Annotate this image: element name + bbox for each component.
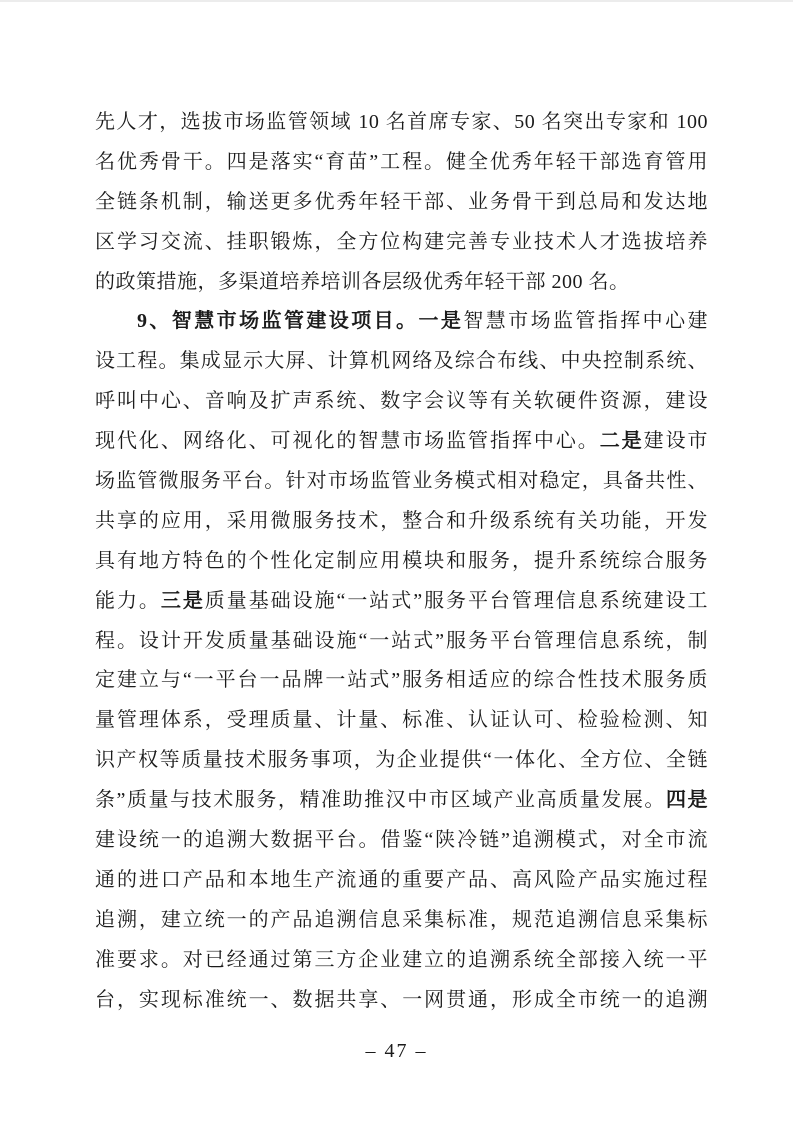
text-line: 设工程。集成显示大屏、计算机网络及综合布线、中央控制系统、: [95, 342, 708, 382]
text-line: 共享的应用，采用微服务技术，整合和升级系统有关功能，开发: [95, 502, 708, 542]
text-run: 通的进口产品和本地生产流通的重要产品、高风险产品实施过程: [95, 869, 708, 891]
text-run: 共享的应用，采用微服务技术，整合和升级系统有关功能，开发: [95, 510, 708, 532]
text-line: 呼叫中心、音响及扩声系统、数字会议等有关软硬件资源，建设: [95, 382, 708, 422]
bold-text-run: 9、智慧市场监管建设项目。一是: [137, 310, 463, 332]
text-line: 9、智慧市场监管建设项目。一是智慧市场监管指挥中心建: [95, 302, 708, 342]
text-line: 量管理体系，受理质量、计量、标准、认证认可、检验检测、知: [95, 701, 708, 741]
text-run: 名优秀骨干。四是落实“育苗”工程。健全优秀年轻干部选育管用: [95, 151, 708, 173]
bold-text-run: 四是: [666, 789, 708, 811]
text-line: 台，实现标准统一、数据共享、一网贯通，形成全市统一的追溯: [95, 981, 708, 1021]
text-run: 追溯，建立统一的产品追溯信息采集标准，规范追溯信息采集标: [95, 909, 708, 931]
text-line: 准要求。对已经通过第三方企业建立的追溯系统全部接入统一平: [95, 941, 708, 981]
text-run: 区学习交流、挂职锻炼，全方位构建完善专业技术人才选拔培养: [95, 231, 708, 253]
text-run: 现代化、网络化、可视化的智慧市场监管指挥中心。: [95, 430, 600, 452]
document-page: 先人才，选拔市场监管领域 10 名首席专家、50 名突出专家和 100名优秀骨干…: [0, 0, 793, 1122]
text-line: 现代化、网络化、可视化的智慧市场监管指挥中心。二是建设市: [95, 422, 708, 462]
text-line: 全链条机制，输送更多优秀年轻干部、业务骨干到总局和发达地: [95, 183, 708, 223]
text-run: 识产权等质量技术服务事项，为企业提供“一体化、全方位、全链: [95, 749, 708, 771]
text-run: 全链条机制，输送更多优秀年轻干部、业务骨干到总局和发达地: [95, 191, 708, 213]
text-run: 具有地方特色的个性化定制应用模块和服务，提升系统综合服务: [95, 550, 708, 572]
body-text: 先人才，选拔市场监管领域 10 名首席专家、50 名突出专家和 100名优秀骨干…: [95, 103, 708, 1020]
text-line: 能力。三是质量基础设施“一站式”服务平台管理信息系统建设工: [95, 582, 708, 622]
text-line: 区学习交流、挂职锻炼，全方位构建完善专业技术人才选拔培养: [95, 223, 708, 263]
text-run: 呼叫中心、音响及扩声系统、数字会议等有关软硬件资源，建设: [95, 390, 708, 412]
text-run: 程。设计开发质量基础设施“一站式”服务平台管理信息系统，制: [95, 630, 708, 652]
text-line: 名优秀骨干。四是落实“育苗”工程。健全优秀年轻干部选育管用: [95, 143, 708, 183]
text-run: 定建立与“一平台一品牌一站式”服务相适应的综合性技术服务质: [95, 669, 708, 691]
page-number: – 47 –: [366, 1040, 428, 1062]
text-line: 程。设计开发质量基础设施“一站式”服务平台管理信息系统，制: [95, 622, 708, 662]
text-line: 条”质量与技术服务，精准助推汉中市区域产业高质量发展。四是: [95, 781, 708, 821]
text-line: 场监管微服务平台。针对市场监管业务模式相对稳定，具备共性、: [95, 462, 708, 502]
text-line: 通的进口产品和本地生产流通的重要产品、高风险产品实施过程: [95, 861, 708, 901]
text-line: 先人才，选拔市场监管领域 10 名首席专家、50 名突出专家和 100: [95, 103, 708, 143]
text-run: 建设市: [644, 430, 708, 452]
bold-text-run: 三是: [161, 590, 205, 612]
text-run: 智慧市场监管指挥中心建: [463, 310, 708, 332]
text-line: 建设统一的追溯大数据平台。借鉴“陕冷链”追溯模式，对全市流: [95, 821, 708, 861]
text-line: 识产权等质量技术服务事项，为企业提供“一体化、全方位、全链: [95, 741, 708, 781]
text-line: 的政策措施，多渠道培养培训各层级优秀年轻干部 200 名。: [95, 263, 708, 303]
text-run: 能力。: [95, 590, 161, 612]
text-run: 场监管微服务平台。针对市场监管业务模式相对稳定，具备共性、: [95, 470, 708, 492]
text-run: 条”质量与技术服务，精准助推汉中市区域产业高质量发展。: [95, 789, 666, 811]
text-run: 质量基础设施“一站式”服务平台管理信息系统建设工: [205, 590, 708, 612]
text-run: 准要求。对已经通过第三方企业建立的追溯系统全部接入统一平: [95, 949, 708, 971]
text-line: 定建立与“一平台一品牌一站式”服务相适应的综合性技术服务质: [95, 661, 708, 701]
text-run: 设工程。集成显示大屏、计算机网络及综合布线、中央控制系统、: [95, 350, 708, 372]
text-run: 的政策措施，多渠道培养培训各层级优秀年轻干部 200 名。: [95, 271, 630, 293]
text-run: 建设统一的追溯大数据平台。借鉴“陕冷链”追溯模式，对全市流: [95, 829, 708, 851]
text-run: 量管理体系，受理质量、计量、标准、认证认可、检验检测、知: [95, 709, 708, 731]
page-footer: – 47 –: [0, 1040, 793, 1063]
text-run: 台，实现标准统一、数据共享、一网贯通，形成全市统一的追溯: [95, 989, 708, 1011]
text-line: 追溯，建立统一的产品追溯信息采集标准，规范追溯信息采集标: [95, 901, 708, 941]
text-run: 先人才，选拔市场监管领域 10 名首席专家、50 名突出专家和 100: [95, 111, 708, 133]
bold-text-run: 二是: [600, 430, 644, 452]
text-line: 具有地方特色的个性化定制应用模块和服务，提升系统综合服务: [95, 542, 708, 582]
